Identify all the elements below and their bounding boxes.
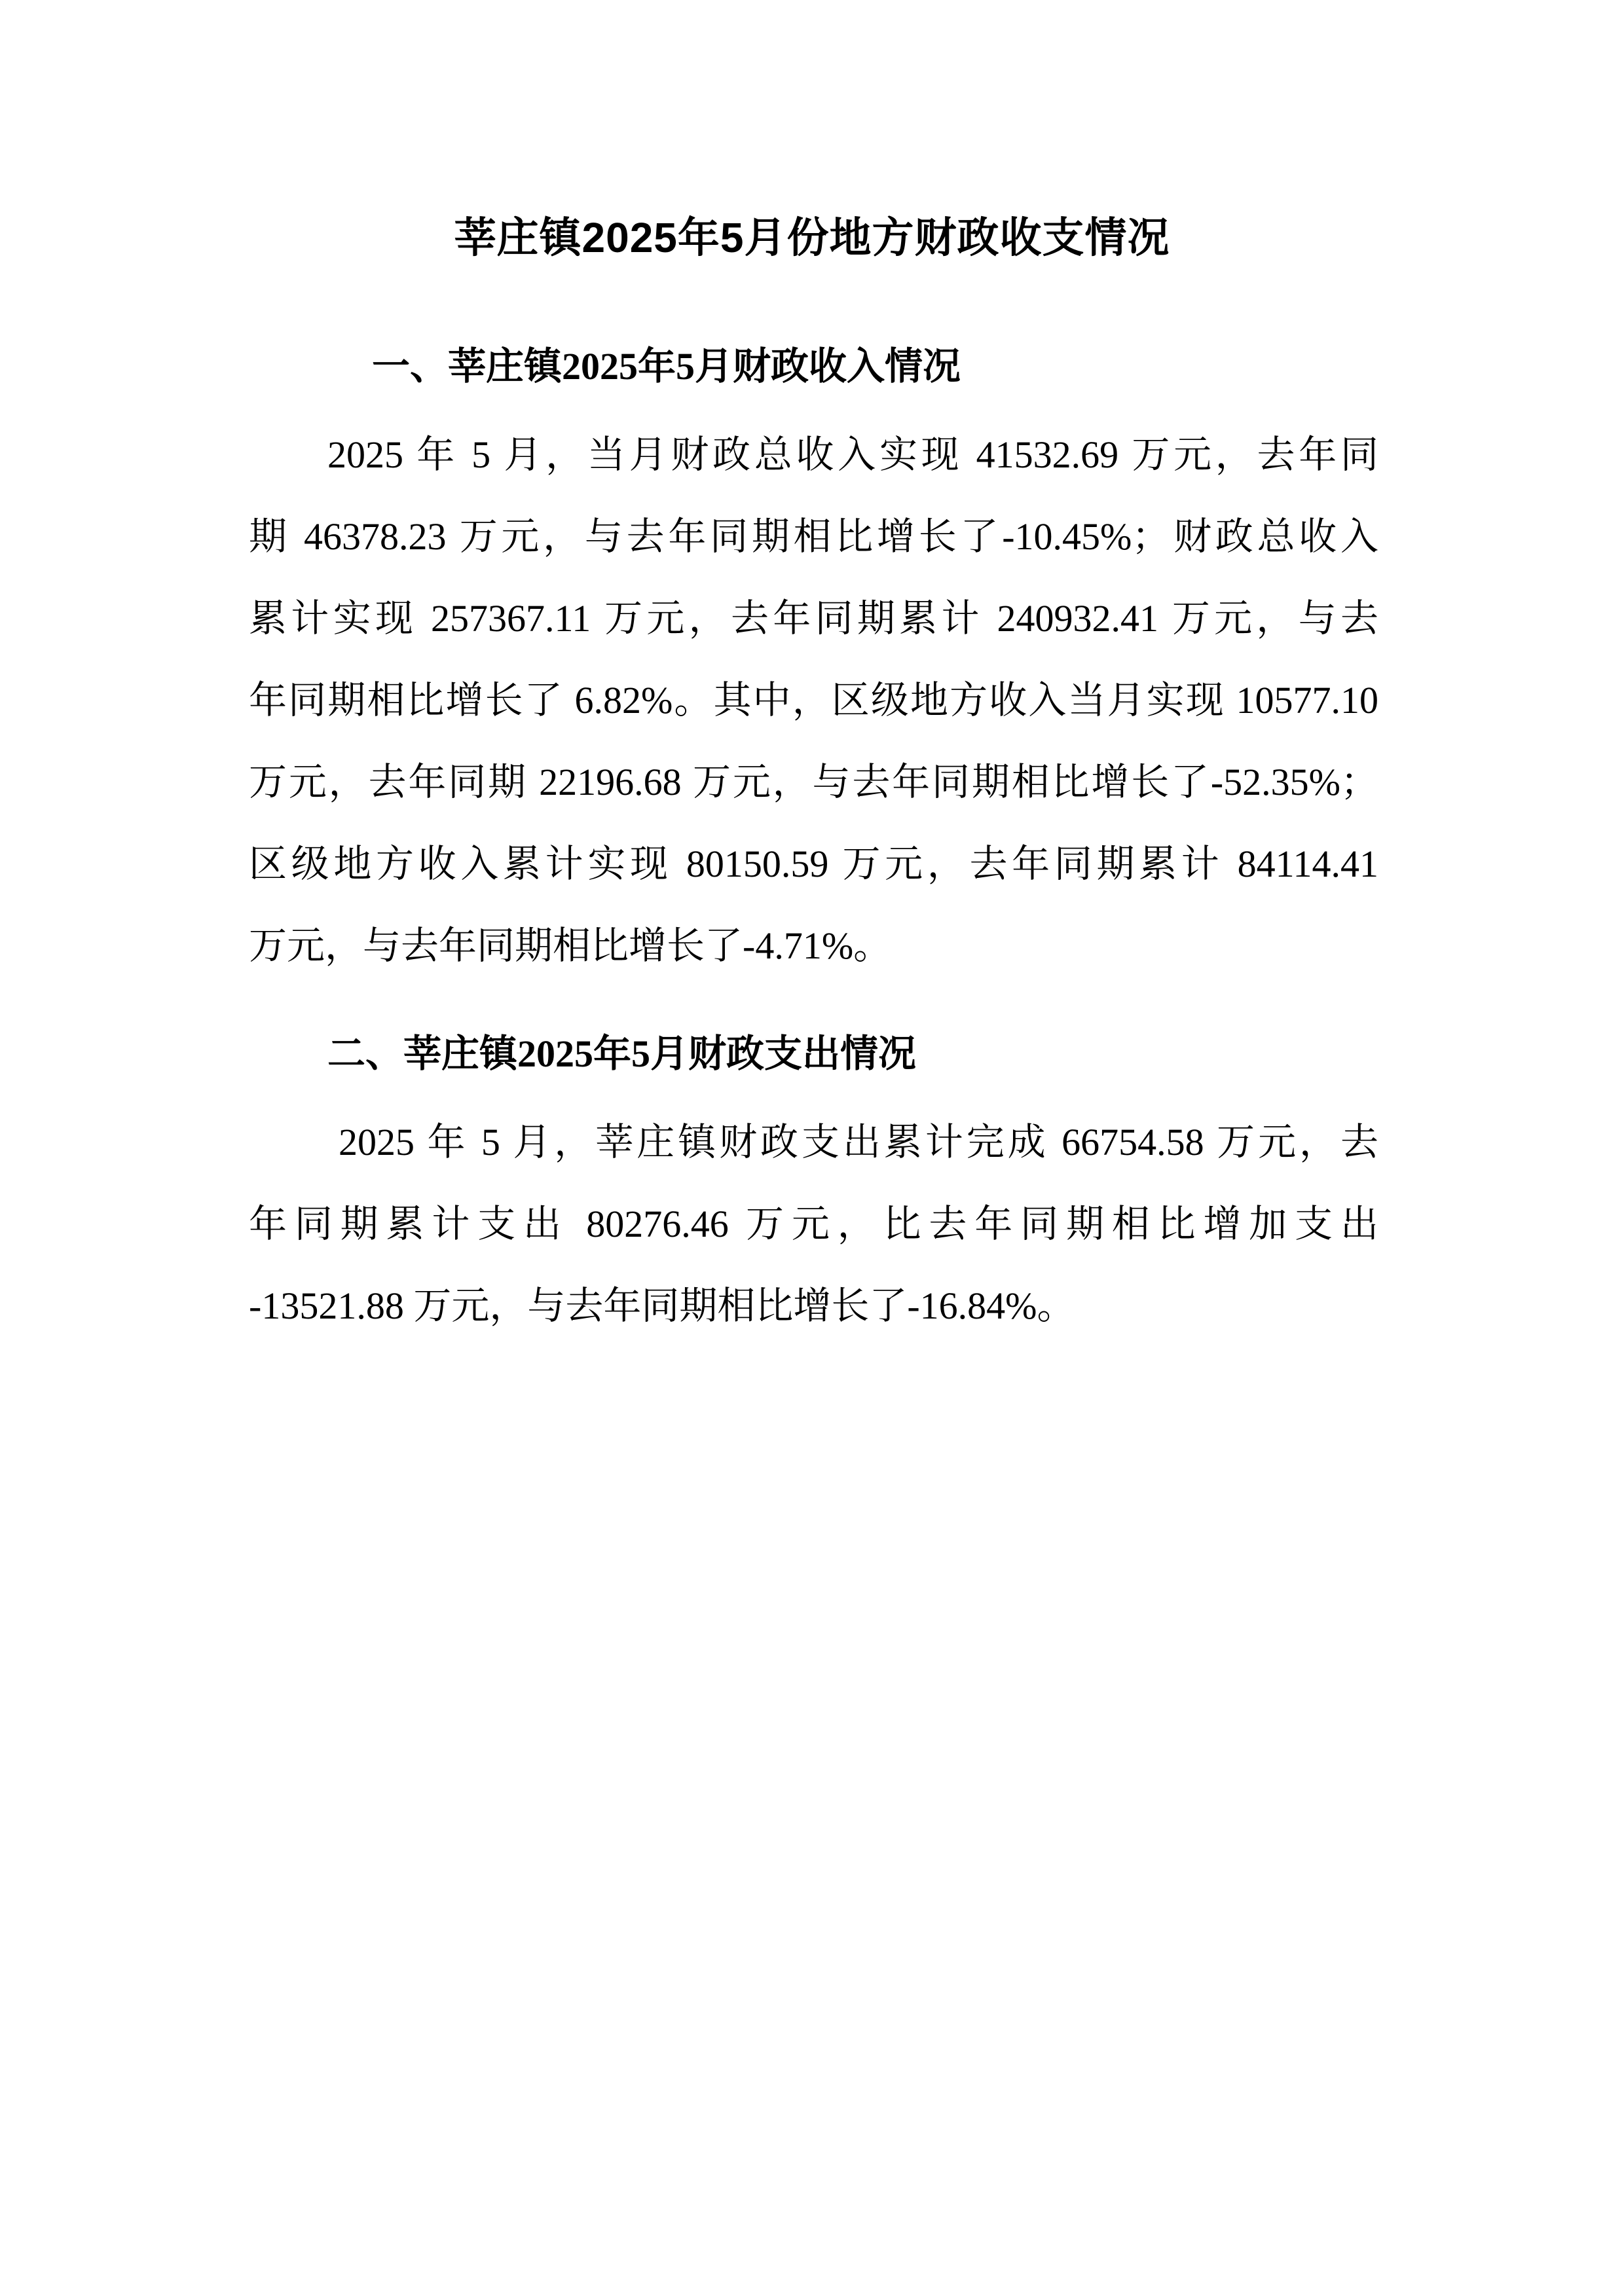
section-heading-revenue: 一、莘庄镇2025年5月财政收入情况 bbox=[372, 340, 961, 393]
paragraph-line: 年同期累计支出 80276.46 万元，比去年同期相比增加支出 bbox=[249, 1198, 1378, 1250]
paragraph-line: 年同期相比增长了 6.82%。其中，区级地方收入当月实现 10577.10 bbox=[249, 674, 1378, 727]
paragraph-line: 期 46378.23 万元，与去年同期相比增长了-10.45%；财政总收入 bbox=[249, 511, 1378, 563]
paragraph-line: 2025 年 5 月，当月财政总收入实现 41532.69 万元，去年同 bbox=[327, 429, 1378, 481]
paragraph-line: 万元，去年同期 22196.68 万元，与去年同期相比增长了-52.35%； bbox=[249, 756, 1378, 809]
paragraph-line: 万元，与去年同期相比增长了-4.71%。 bbox=[249, 920, 1378, 972]
paragraph-line: 区级地方收入累计实现 80150.59 万元，去年同期累计 84114.41 bbox=[249, 838, 1378, 890]
section-heading-expenditure: 二、莘庄镇2025年5月财政支出情况 bbox=[327, 1028, 916, 1080]
page-title: 莘庄镇2025年5月份地方财政收支情况 bbox=[0, 208, 1624, 267]
paragraph-line: -13521.88 万元，与去年同期相比增长了-16.84%。 bbox=[249, 1280, 1378, 1332]
paragraph-line: 2025 年 5 月，莘庄镇财政支出累计完成 66754.58 万元，去 bbox=[339, 1116, 1378, 1169]
document-page: 莘庄镇2025年5月份地方财政收支情况 一、莘庄镇2025年5月财政收入情况 2… bbox=[0, 0, 1624, 2296]
paragraph-line: 累计实现 257367.11 万元，去年同期累计 240932.41 万元，与去 bbox=[249, 592, 1378, 645]
